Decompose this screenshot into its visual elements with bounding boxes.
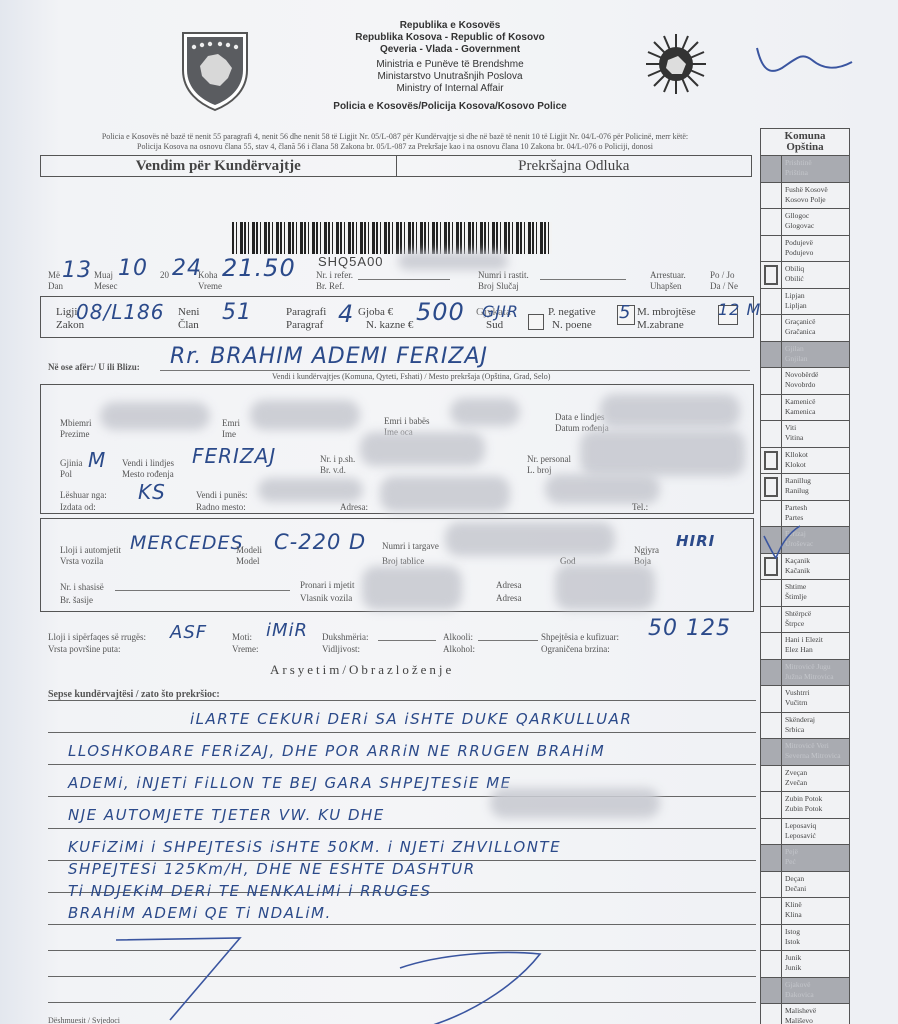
- municipality-item[interactable]: GjakovëĐakovica: [761, 978, 849, 1005]
- municipality-name-sq: Shtërpcë: [785, 609, 849, 619]
- name-label-sr: Ime: [222, 429, 236, 439]
- neg-points-value[interactable]: 5: [619, 302, 631, 323]
- redacted-dob: [600, 394, 740, 428]
- color-label: Ngjyra: [634, 545, 659, 555]
- municipality-item[interactable]: KllokotKlokot: [761, 448, 849, 475]
- personal-number-label: Nr. personal: [527, 454, 571, 464]
- chassis-field[interactable]: [115, 590, 290, 591]
- municipality-item[interactable]: VushtrriVučitrn: [761, 686, 849, 713]
- municipality-name: GjakovëĐakovica: [782, 978, 849, 1004]
- municipality-item[interactable]: KamenicëKamenica: [761, 395, 849, 422]
- speed-limit-label-sr: Ograničena brzina:: [541, 644, 610, 654]
- municipality-title-sr: Opština: [761, 142, 849, 153]
- workplace-label: Vendi i punës:: [196, 490, 248, 500]
- municipality-name: Mitrovicë VeriSeverna Mitrovica: [782, 739, 849, 765]
- municipality-item[interactable]: GllogocGlogovac: [761, 209, 849, 236]
- municipality-name-sq: Mitrovicë Veri: [785, 741, 849, 751]
- municipality-name: LipjanLipljan: [782, 289, 849, 315]
- color-value[interactable]: HIRI: [676, 532, 715, 550]
- municipality-name-sq: Partesh: [785, 503, 849, 513]
- law-value[interactable]: 08/L186: [76, 300, 165, 324]
- year-prefix: 20: [160, 270, 169, 280]
- municipality-name-sr: Priština: [785, 168, 849, 178]
- municipality-name-sq: Zubin Potok: [785, 794, 849, 804]
- municipality-name-sr: Kačanik: [785, 566, 849, 576]
- municipality-item[interactable]: DeçanDečani: [761, 872, 849, 899]
- municipality-name-sr: Istok: [785, 937, 849, 947]
- municipality-item[interactable]: ShtimeŠtimlje: [761, 580, 849, 607]
- road-surface-label-sr: Vrsta površine puta:: [48, 644, 120, 654]
- model-label-sr: Model: [236, 556, 260, 566]
- alcohol-label-sr: Alkohol:: [443, 644, 475, 654]
- signature-mark: [752, 40, 862, 90]
- municipality-item[interactable]: PejëPeć: [761, 845, 849, 872]
- month-label: Muaj: [94, 270, 113, 280]
- fine-value[interactable]: 500: [416, 298, 465, 326]
- officer-signatures: [100, 930, 620, 1024]
- municipality-item[interactable]: LipjanLipljan: [761, 289, 849, 316]
- case-label-sr: Broj Slučaj: [478, 281, 519, 291]
- municipality-name: ObiliqObilić: [782, 262, 849, 288]
- article-label-sr: Član: [178, 319, 199, 331]
- header-line-1: Republika e Kosovës: [300, 20, 600, 32]
- location-caption: Vendi i kundërvajtjes (Komuna, Qyteti, F…: [272, 372, 550, 382]
- workplace-label-sr: Radno mesto:: [196, 502, 246, 512]
- municipality-item[interactable]: LeposaviqLeposavić: [761, 819, 849, 846]
- municipality-name: GjilanGnjilan: [782, 342, 849, 368]
- redacted-address: [380, 476, 510, 512]
- gender-label: Gjinia: [60, 458, 83, 468]
- municipality-name-sq: Lipjan: [785, 291, 849, 301]
- municipality-item[interactable]: KlinëKlina: [761, 898, 849, 925]
- municipality-name: JunikJunik: [782, 951, 849, 977]
- municipality-name-sr: Kamenica: [785, 407, 849, 417]
- municipality-name-sr: Obilić: [785, 274, 849, 284]
- reasoning-text-line[interactable]: iLARTE CEKURi DERi SA iSHTE DUKE QARKULL…: [190, 710, 632, 728]
- surname-label: Mbiemri: [60, 418, 92, 428]
- law-label: Ligji: [56, 306, 77, 318]
- municipality-checkbox[interactable]: [761, 978, 782, 1004]
- weather-label-sr: Vreme:: [232, 644, 258, 654]
- reasoning-label: Sepse kundërvajtësi / zato što prekršioc…: [48, 690, 220, 700]
- municipality-name-sq: Obiliq: [785, 264, 849, 274]
- municipality-checkbox[interactable]: [761, 951, 782, 977]
- municipality-checkbox[interactable]: [761, 209, 782, 235]
- redacted-owner-address: [555, 564, 655, 610]
- ministry-line-2: Ministarstvo Unutrašnjih Poslova: [300, 71, 600, 83]
- municipality-name-sr: Gnjilan: [785, 354, 849, 364]
- father-label: Emri i babës: [384, 416, 430, 426]
- municipality-checkbox[interactable]: [761, 686, 782, 712]
- municipality-list-title: Komuna Opština: [761, 129, 849, 156]
- model-value[interactable]: C-220 D: [274, 530, 366, 554]
- municipality-checkbox[interactable]: [761, 607, 782, 633]
- name-label: Emri: [222, 418, 240, 428]
- municipality-checkbox[interactable]: [761, 183, 782, 209]
- redacted-name: [250, 400, 360, 430]
- municipality-name-sr: Podujevo: [785, 248, 849, 258]
- municipality-item[interactable]: Mitrovicë VeriSeverna Mitrovica: [761, 739, 849, 766]
- municipality-checkbox[interactable]: [761, 580, 782, 606]
- municipality-item[interactable]: ShtërpcëŠtrpce: [761, 607, 849, 634]
- municipality-name-sr: Severna Mitrovica: [785, 751, 849, 761]
- municipality-checkbox[interactable]: [761, 660, 782, 686]
- municipality-checkbox[interactable]: [761, 368, 782, 394]
- reasoning-text-line[interactable]: SHPEJTESi 125Km/H, DHE NE ESHTE DASHTUR: [68, 860, 476, 878]
- municipality-name-sq: Ranillug: [785, 476, 849, 486]
- birthplace-value[interactable]: FERIZAJ: [192, 444, 276, 468]
- month-label-sr: Mesec: [94, 281, 118, 291]
- plate-label-sr: Broj tablice: [382, 556, 424, 566]
- municipality-item[interactable]: PodujevëPodujevo: [761, 236, 849, 263]
- municipality-item[interactable]: ObiliqObilić: [761, 262, 849, 289]
- case-field[interactable]: [540, 279, 626, 280]
- municipality-name-sq: Novobërdë: [785, 370, 849, 380]
- municipality-checkbox[interactable]: [761, 1004, 782, 1024]
- reasoning-text-line[interactable]: BRAHiM ADEMi QE Ti NDALiM.: [68, 904, 332, 922]
- ban-label: M. mbrojtëse: [637, 306, 696, 318]
- speed-value[interactable]: 50 125: [648, 616, 731, 641]
- chassis-label: Nr. i shasisë: [60, 582, 104, 592]
- redacted-license-number: [360, 432, 485, 466]
- municipality-name-sr: Klina: [785, 910, 849, 920]
- issued-label-sr: Izdata od:: [60, 502, 96, 512]
- alcohol-field[interactable]: [478, 640, 538, 641]
- neg-points-label: P. negative: [548, 306, 596, 318]
- reasoning-text-line[interactable]: KUFiZiMi i SHPEJTESiS iSHTE 50KM. i NJET…: [68, 838, 561, 856]
- municipality-item[interactable]: Fushë KosovëKosovo Polje: [761, 183, 849, 210]
- document-title-box: Vendim për Kundërvajtje Prekršajna Odluk…: [40, 155, 752, 177]
- ref-label-sr: Br. Ref.: [316, 281, 344, 291]
- location-field[interactable]: [160, 370, 750, 371]
- time-label-sr: Vreme: [198, 281, 222, 291]
- municipality-checkbox[interactable]: [761, 236, 782, 262]
- municipality-checkbox[interactable]: [761, 739, 782, 765]
- ref-label: Nr. i refer.: [316, 270, 353, 280]
- municipality-name-sq: Pejë: [785, 847, 849, 857]
- municipality-name-sr: Srbica: [785, 725, 849, 735]
- municipality-name-sq: Gllogoc: [785, 211, 849, 221]
- gender-label-sr: Pol: [60, 469, 72, 479]
- municipality-name: Hani i ElezitElez Han: [782, 633, 849, 659]
- reasoning-text-line[interactable]: LLOSHKOBARE FERiZAJ, DHE POR ARRiN NE RR…: [68, 742, 605, 760]
- municipality-name-sr: Dečani: [785, 884, 849, 894]
- kosovo-police-logo-icon: [640, 28, 712, 100]
- municipality-name-sq: Malishevë: [785, 1006, 849, 1016]
- municipality-name-sq: Leposaviq: [785, 821, 849, 831]
- issued-value[interactable]: KS: [138, 480, 166, 504]
- paragraph-label: Paragrafi: [286, 306, 326, 318]
- municipality-name-sr: Junik: [785, 963, 849, 973]
- model-label: Modeli: [236, 545, 262, 555]
- municipality-name: VitiVitina: [782, 421, 849, 447]
- license-number-label: Nr. i p.sh.: [320, 454, 355, 464]
- municipality-item[interactable]: ZveçanZvečan: [761, 766, 849, 793]
- municipality-name-sr: Lipljan: [785, 301, 849, 311]
- municipality-name: SkënderajSrbica: [782, 713, 849, 739]
- municipality-checkbox[interactable]: [761, 156, 782, 182]
- article-value[interactable]: 51: [222, 300, 252, 325]
- municipality-item[interactable]: GraçanicëGračanica: [761, 315, 849, 342]
- municipality-name-sr: Klokot: [785, 460, 849, 470]
- municipality-name: DeçanDečani: [782, 872, 849, 898]
- time-label: Koha: [198, 270, 218, 280]
- weather-label: Moti:: [232, 632, 252, 642]
- municipality-list: Komuna Opština PrishtinëPrištinaFushë Ko…: [760, 128, 850, 1024]
- owner-address-label-sr: Adresa: [496, 593, 522, 603]
- municipality-name-sr: Elez Han: [785, 645, 849, 655]
- month-value[interactable]: 10: [118, 256, 148, 281]
- municipality-name-sr: Ranilug: [785, 486, 849, 496]
- issued-label: Lëshuar nga:: [60, 490, 107, 500]
- municipality-item[interactable]: MalishevëMališevo: [761, 1004, 849, 1024]
- municipality-item[interactable]: PrishtinëPriština: [761, 156, 849, 183]
- legal-preamble: Policia e Kosovës në bazë të nenit 55 pa…: [35, 132, 755, 152]
- municipality-name-sq: Gjilan: [785, 344, 849, 354]
- arrest-label-sr: Uhapšen: [650, 281, 682, 291]
- chassis-label-sr: Br. šasije: [60, 595, 93, 605]
- municipality-name-sq: Prishtinë: [785, 158, 849, 168]
- owner-label-sr: Vlasnik vozila: [300, 593, 352, 603]
- municipality-item[interactable]: VitiVitina: [761, 421, 849, 448]
- municipality-name-sr: Leposavić: [785, 831, 849, 841]
- municipality-checkbox[interactable]: [761, 713, 782, 739]
- fine-label: Gjoba €: [358, 306, 393, 318]
- municipality-name-sq: Klinë: [785, 900, 849, 910]
- reasoning-title: Arsyetim/Obrazloženje: [270, 662, 454, 678]
- day-value[interactable]: 13: [62, 258, 92, 283]
- municipality-item[interactable]: IstogIstok: [761, 925, 849, 952]
- redacted-ticket-number: [398, 252, 508, 270]
- municipality-name-sq: Vushtrri: [785, 688, 849, 698]
- municipality-name: KamenicëKamenica: [782, 395, 849, 421]
- location-label: Në ose afër:/ U ili Blizu:: [48, 362, 140, 372]
- arrest-yes-no[interactable]: Po / Jo: [710, 270, 735, 280]
- municipality-checkbox[interactable]: [761, 262, 782, 288]
- municipality-name-sq: Kllokot: [785, 450, 849, 460]
- time-value[interactable]: 21.50: [222, 254, 296, 282]
- day-label: Më: [48, 270, 60, 280]
- municipality-checkbox[interactable]: [761, 421, 782, 447]
- traffic-violation-ticket: Republika e Kosovës Republika Kosova - R…: [0, 0, 898, 1024]
- municipality-name-sr: Mališevo: [785, 1016, 849, 1024]
- municipality-checkbox[interactable]: [761, 792, 782, 818]
- municipality-name-sq: Zveçan: [785, 768, 849, 778]
- location-value[interactable]: Rr. BRAHIM ADEMI FERIZAJ: [170, 344, 488, 369]
- municipality-name: PodujevëPodujevo: [782, 236, 849, 262]
- municipality-item[interactable]: SkënderajSrbica: [761, 713, 849, 740]
- court-checkbox[interactable]: [528, 314, 544, 330]
- municipality-name-sq: Fushë Kosovë: [785, 185, 849, 195]
- tel-label: Tel.:: [632, 502, 648, 512]
- paragraph-label-sr: Paragraf: [286, 319, 323, 331]
- police-title: Policia e Kosovës/Policija Kosova/Kosovo…: [300, 101, 600, 113]
- municipality-name-sr: Đakovica: [785, 990, 849, 1000]
- municipality-checkbox[interactable]: [761, 474, 782, 500]
- plate-label: Numri i targave: [382, 541, 439, 551]
- municipality-name-sq: Hani i Elezit: [785, 635, 849, 645]
- municipality-item[interactable]: NovobërdëNovobrdo: [761, 368, 849, 395]
- day-label-sr: Dan: [48, 281, 63, 291]
- municipality-checkbox[interactable]: [761, 289, 782, 315]
- municipality-name-sr: Zvečan: [785, 778, 849, 788]
- redacted-personal-number: [580, 430, 745, 476]
- municipality-name: RanillugRanilug: [782, 474, 849, 500]
- municipality-name: ZveçanZvečan: [782, 766, 849, 792]
- header-block: Republika e Kosovës Republika Kosova - R…: [300, 20, 600, 113]
- municipality-checkbox[interactable]: [761, 633, 782, 659]
- municipality-name-sr: Vučitrn: [785, 698, 849, 708]
- municipality-name-sr: Novobrdo: [785, 380, 849, 390]
- municipality-name-sq: Podujevë: [785, 238, 849, 248]
- birthplace-label-sr: Mesto rođenja: [122, 469, 174, 479]
- municipality-name: IstogIstok: [782, 925, 849, 951]
- redacted-other-vehicle: [490, 788, 660, 818]
- ferizaj-check-mark: [760, 522, 800, 562]
- municipality-name: Zubin PotokZubin Potok: [782, 792, 849, 818]
- witness-label: Dëshmuesit / Svjedoci: [48, 1016, 120, 1024]
- municipality-name-sq: Istog: [785, 927, 849, 937]
- municipality-item[interactable]: Mitrovicë JuguJužna Mitrovica: [761, 660, 849, 687]
- redacted-father-name: [450, 398, 520, 426]
- municipality-name: KlinëKlina: [782, 898, 849, 924]
- municipality-name: PejëPeć: [782, 845, 849, 871]
- redacted-owner: [362, 566, 462, 610]
- fine-label-sr: N. kazne €: [366, 319, 413, 331]
- municipality-name-sq: Skënderaj: [785, 715, 849, 725]
- municipality-name-sr: Glogovac: [785, 221, 849, 231]
- municipality-checkbox[interactable]: [761, 766, 782, 792]
- municipality-name: ShtërpcëŠtrpce: [782, 607, 849, 633]
- municipality-checkbox[interactable]: [761, 872, 782, 898]
- weather-value[interactable]: iMiR: [266, 620, 308, 641]
- road-surface-value[interactable]: ASF: [170, 622, 207, 643]
- title-albanian: Vendim për Kundërvajtje: [41, 156, 396, 176]
- municipality-item[interactable]: RanillugRanilug: [761, 474, 849, 501]
- vehicle-type-value[interactable]: MERCEDES: [130, 532, 244, 554]
- redacted-plate: [445, 522, 615, 556]
- owner-label: Pronari i mjetit: [300, 580, 355, 590]
- legal-text-sr: Policija Kosova na osnovu člana 55, stav…: [35, 142, 755, 152]
- vehicle-type-label: Lloji i automjetit: [60, 545, 121, 555]
- article-label: Neni: [178, 306, 199, 318]
- redacted-surname: [100, 402, 210, 430]
- reasoning-text-line[interactable]: ADEMi, iNJETi FiLLON TE BEJ GARA SHPEJTE…: [68, 774, 512, 792]
- surname-label-sr: Prezime: [60, 429, 90, 439]
- municipality-checkbox[interactable]: [761, 342, 782, 368]
- municipality-checkbox[interactable]: [761, 448, 782, 474]
- arrest-label: Arrestuar.: [650, 270, 686, 280]
- municipality-name-sq: Deçan: [785, 874, 849, 884]
- municipality-checkbox[interactable]: [761, 898, 782, 924]
- gender-value[interactable]: M: [88, 448, 106, 472]
- municipality-name-sr: Štrpce: [785, 619, 849, 629]
- redacted-workplace: [258, 478, 363, 502]
- ban-label-sr: M.zabrane: [637, 319, 684, 331]
- owner-address-label: Adresa: [496, 580, 522, 590]
- municipality-name-sr: Južna Mitrovica: [785, 672, 849, 682]
- header-line-2: Republika Kosova - Republic of Kosovo: [300, 32, 600, 44]
- municipality-item[interactable]: Hani i ElezitElez Han: [761, 633, 849, 660]
- municipality-name-sr: Gračanica: [785, 327, 849, 337]
- municipality-name: LeposaviqLeposavić: [782, 819, 849, 845]
- municipality-name-sq: Viti: [785, 423, 849, 433]
- barcode: [232, 222, 552, 254]
- visibility-field[interactable]: [378, 640, 436, 641]
- municipality-name-sq: Junik: [785, 953, 849, 963]
- visibility-label: Dukshmëria:: [322, 632, 369, 642]
- title-serbian: Prekršajna Odluka: [396, 156, 752, 176]
- municipality-name: NovobërdëNovobrdo: [782, 368, 849, 394]
- municipality-name-sr: Štimlje: [785, 592, 849, 602]
- municipality-name-sq: Kamenicë: [785, 397, 849, 407]
- municipality-name-sq: Graçanicë: [785, 317, 849, 327]
- address-label-sr: Adresa:: [340, 502, 368, 512]
- municipality-name-sq: Shtime: [785, 582, 849, 592]
- municipality-name: Fushë KosovëKosovo Polje: [782, 183, 849, 209]
- court-value[interactable]: GJIR: [482, 302, 519, 321]
- municipality-name-sr: Zubin Potok: [785, 804, 849, 814]
- municipality-name: MalishevëMališevo: [782, 1004, 849, 1024]
- municipality-name-sr: Partes: [785, 513, 849, 523]
- municipality-name: VushtrriVučitrn: [782, 686, 849, 712]
- municipality-name: GllogocGlogovac: [782, 209, 849, 235]
- ref-field[interactable]: [358, 279, 450, 280]
- municipality-name-sr: Kosovo Polje: [785, 195, 849, 205]
- municipality-name-sr: Vitina: [785, 433, 849, 443]
- municipality-checkbox[interactable]: [761, 395, 782, 421]
- municipality-name: PrishtinëPriština: [782, 156, 849, 182]
- municipality-item[interactable]: Zubin PotokZubin Potok: [761, 792, 849, 819]
- municipality-name: KllokotKlokot: [782, 448, 849, 474]
- municipality-checkbox[interactable]: [761, 925, 782, 951]
- arrest-yes-no-sr[interactable]: Da / Ne: [710, 281, 738, 291]
- paragraph-value[interactable]: 4: [338, 300, 354, 328]
- license-number-label-sr: Br. v.d.: [320, 465, 346, 475]
- municipality-checkbox[interactable]: [761, 315, 782, 341]
- dob-label: Data e lindjes: [555, 412, 604, 422]
- ministry-line-3: Ministry of Internal Affair: [300, 83, 600, 95]
- municipality-name: ShtimeŠtimlje: [782, 580, 849, 606]
- road-surface-label: Lloji i sipërfaqes së rrugës:: [48, 632, 146, 642]
- case-label: Numri i rastit.: [478, 270, 529, 280]
- ticket-code: SHQ5A00: [318, 254, 384, 269]
- visibility-label-sr: Vidljivost:: [322, 644, 360, 654]
- legal-text-sq: Policia e Kosovës në bazë të nenit 55 pa…: [35, 132, 755, 142]
- municipality-item[interactable]: JunikJunik: [761, 951, 849, 978]
- reasoning-text-line[interactable]: NJE AUTOMJETE TJETER VW. KU DHE: [68, 806, 385, 824]
- header-line-3: Qeveria - Vlada - Government: [300, 44, 600, 56]
- municipality-checkbox[interactable]: [761, 819, 782, 845]
- birthplace-label: Vendi i lindjes: [122, 458, 174, 468]
- municipality-name-sq: Mitrovicë Jugu: [785, 662, 849, 672]
- municipality-checkbox[interactable]: [761, 845, 782, 871]
- municipality-name: GraçanicëGračanica: [782, 315, 849, 341]
- ministry-line-1: Ministria e Punëve të Brendshme: [300, 59, 600, 71]
- alcohol-label: Alkooli:: [443, 632, 473, 642]
- reasoning-text-line[interactable]: Ti NDJEKiM DERi TE NENKALiMi i RRUGES: [68, 882, 432, 900]
- municipality-name: Mitrovicë JuguJužna Mitrovica: [782, 660, 849, 686]
- vehicle-type-label-sr: Vrsta vozila: [60, 556, 103, 566]
- speed-limit-label: Shpejtësia e kufizuar:: [541, 632, 619, 642]
- kosovo-coat-of-arms-icon: [180, 30, 250, 112]
- municipality-name-sr: Peć: [785, 857, 849, 867]
- municipality-name-sq: Gjakovë: [785, 980, 849, 990]
- municipality-item[interactable]: GjilanGnjilan: [761, 342, 849, 369]
- personal-number-label-sr: L. broj: [527, 465, 552, 475]
- neg-points-label-sr: N. poene: [552, 319, 592, 331]
- redacted-phone: [545, 474, 660, 504]
